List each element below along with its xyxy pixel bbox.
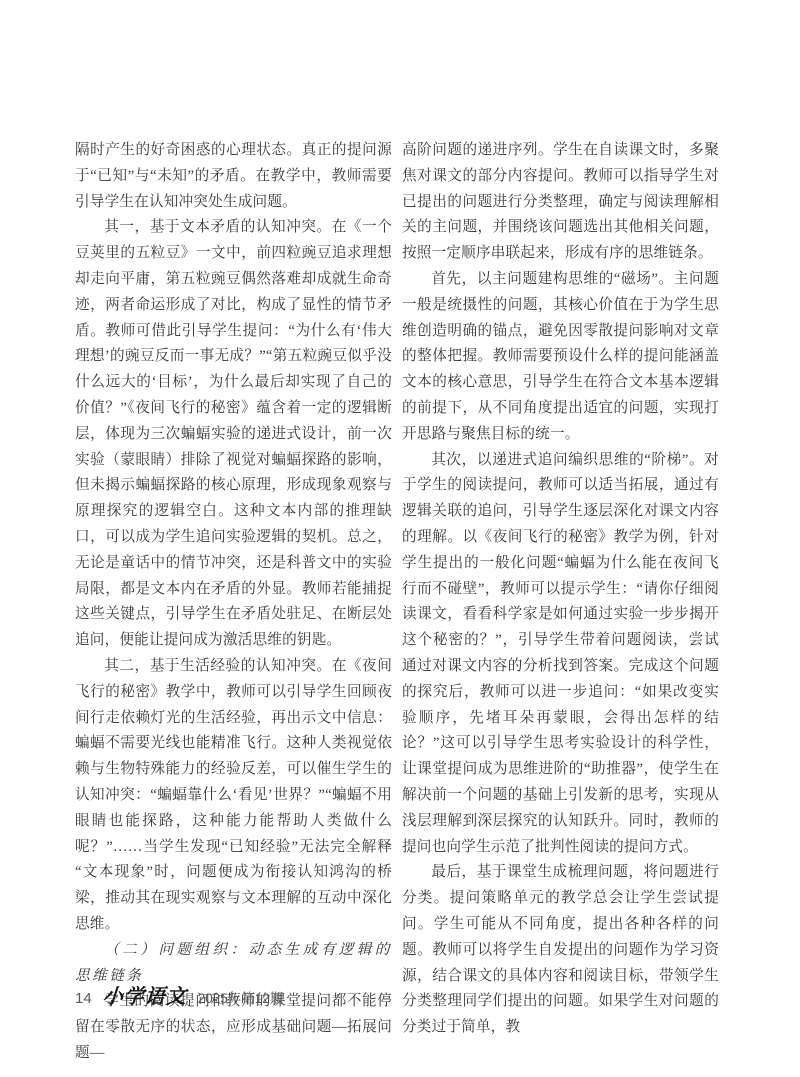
body-paragraph-second-point: 其二，基于生活经验的认知冲突。在《夜间飞行的秘密》教学中，教师可以引导学生回顾夜… — [75, 654, 392, 938]
footer-page-number: 14 — [75, 990, 92, 1007]
journal-page: 隔时产生的好奇困惑的心理状态。真正的提问源于“已知”与“未知”的矛盾。在教学中，… — [0, 0, 800, 1077]
page-footer: 14 小学语文 2025年第12期 — [75, 980, 283, 1009]
body-paragraph-lastly: 最后，基于课堂生成梳理问题，将问题进行分类。提问策略单元的教学总会让学生尝试提问… — [402, 860, 719, 1041]
footer-issue-label: 2025年第12期 — [198, 987, 284, 1007]
body-paragraph-continuation: 隔时产生的好奇困惑的心理状态。真正的提问源于“已知”与“未知”的矛盾。在教学中，… — [75, 138, 392, 215]
body-paragraph-split-end: 高阶问题的递进序列。学生在自读课文时，多聚焦对课文的部分内容提问。教师可以指导学… — [402, 138, 719, 267]
article-body: 隔时产生的好奇困惑的心理状态。真正的提问源于“已知”与“未知”的矛盾。在教学中，… — [75, 138, 719, 1067]
right-column: 高阶问题的递进序列。学生在自读课文时，多聚焦对课文的部分内容提问。教师可以指导学… — [402, 138, 719, 1067]
left-column: 隔时产生的好奇困惑的心理状态。真正的提问源于“已知”与“未知”的矛盾。在教学中，… — [75, 138, 392, 1067]
body-paragraph-first-point: 其一，基于文本矛盾的认知冲突。在《一个豆荚里的五粒豆》一文中，前四粒豌豆追求理想… — [75, 215, 392, 654]
body-paragraph-firstly: 首先，以主问题建构思维的“磁场”。主问题一般是统摄性的问题，其核心价值在于为学生… — [402, 267, 719, 448]
journal-title-logo: 小学语文 — [102, 980, 188, 1009]
body-paragraph-secondly: 其次，以递进式追问编织思维的“阶梯”。对于学生的阅读提问，教师可以适当拓展，通过… — [402, 448, 719, 861]
